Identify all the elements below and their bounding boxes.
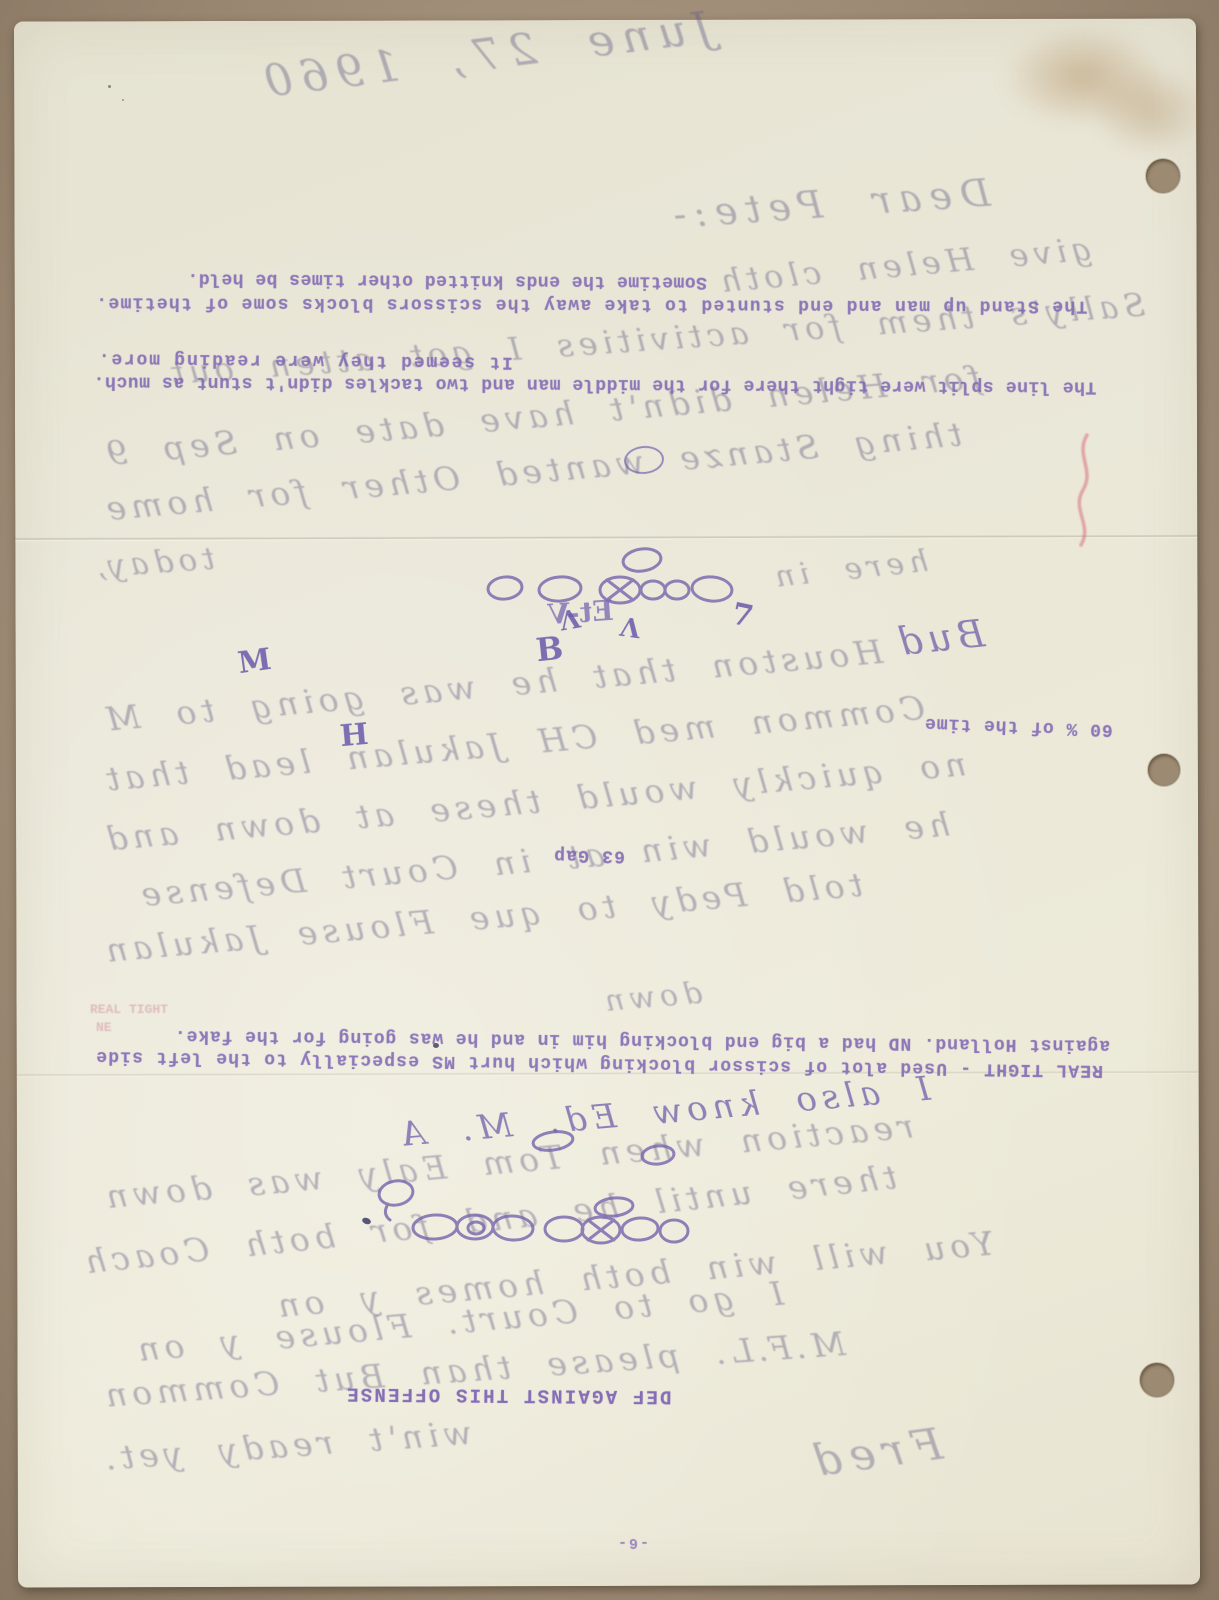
typed-note: The Stand up man and end stunted to take… (95, 292, 1087, 315)
typed-note: Sometime the ends knitted other times be… (187, 268, 707, 292)
typed-note-def: DEF AGAINST THIS OFFENSE (345, 1383, 672, 1408)
stain-top-right-2 (1089, 63, 1209, 158)
punch-hole-bottom (1140, 1363, 1174, 1397)
scanned-letter-photo: { "scan": { "background_color": "#a3907a… (0, 0, 1219, 1600)
football-play-diagram-top (330, 540, 750, 650)
page-number: -6- (616, 1534, 649, 1551)
diagram-letter-h: H (339, 717, 370, 754)
typed-note: 63 Gap (553, 844, 625, 865)
football-play-diagram-bottom (360, 1120, 700, 1250)
punch-hole-top (1146, 159, 1180, 193)
diagram-letter-m: M (236, 642, 274, 681)
dust-speck (108, 85, 111, 88)
ghost-typed-real-tight: REAL TIGHT (90, 1002, 168, 1017)
punch-hole-middle (1148, 754, 1180, 786)
dust-speck (122, 99, 124, 101)
typed-note: It seemed they were reading more. (97, 348, 513, 372)
ink-speck (433, 1043, 439, 1048)
red-pencil-squiggle (1055, 430, 1115, 550)
ghost-typed-ne: NE (96, 1020, 112, 1035)
